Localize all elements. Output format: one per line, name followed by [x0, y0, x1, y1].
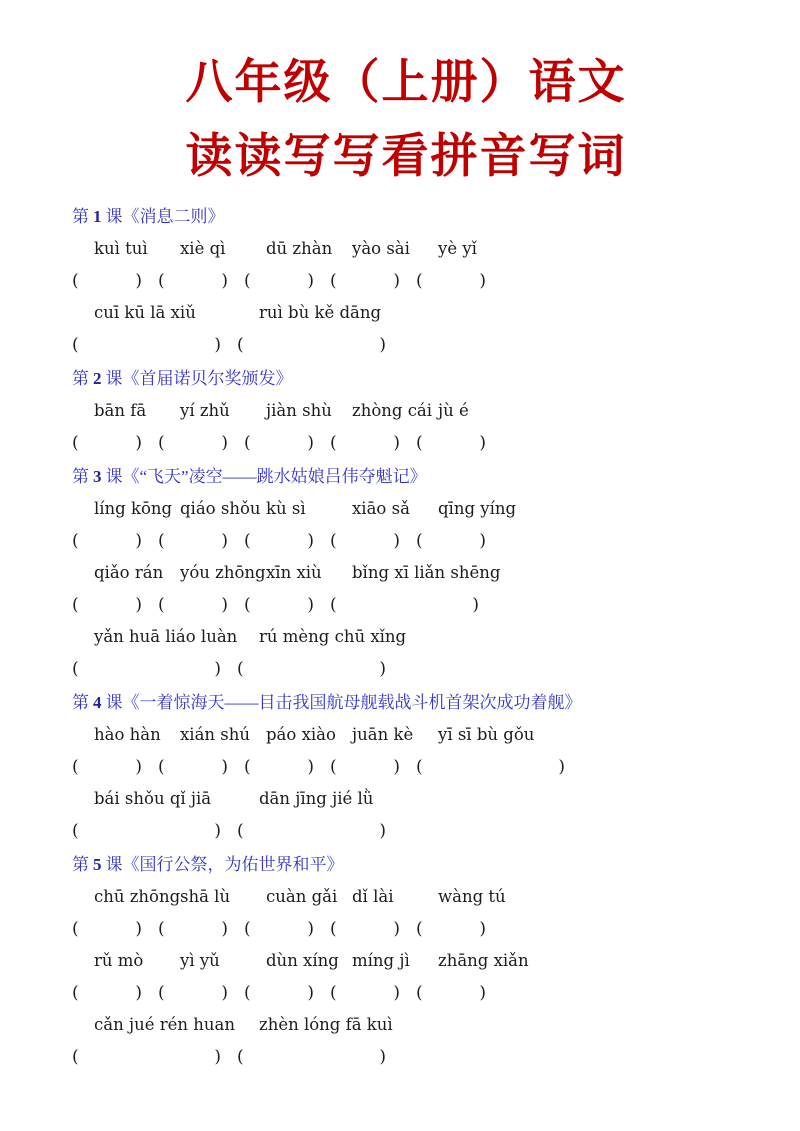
lesson-section: 第4课《一着惊海天——目击我国航母舰载战斗机首架次成功着舰》 hào hànxi…: [72, 692, 740, 842]
pinyin-word: míng jì: [330, 950, 416, 972]
pinyin-word: xīn xiù: [244, 562, 330, 584]
answer-blank: (): [72, 658, 237, 680]
answer-blank-row: ()()()()(): [72, 756, 740, 778]
pinyin-row: yǎn huā liáo luànrú mèng chū xǐng: [72, 626, 740, 648]
pinyin-word: dǐ lài: [330, 886, 416, 908]
page-title-line2: 读读写写看拼音写词: [72, 120, 740, 194]
answer-blank-row: ()()()(): [72, 594, 740, 616]
lesson-rows: líng kōngqiáo shǒukù sìxiāo sǎqīng yíng(…: [72, 498, 740, 680]
paren-close: ): [393, 432, 400, 454]
paren-close: ): [307, 270, 314, 292]
answer-blank: (): [158, 756, 244, 778]
pinyin-row: qiǎo rányóu zhōngxīn xiùbǐng xī liǎn shē…: [72, 562, 740, 584]
answer-blank: (): [330, 530, 416, 552]
lesson-book-title: 《一着惊海天——目击我国航母舰载战斗机首架次成功着舰》: [123, 693, 582, 712]
lesson-rows: kuì tuìxiè qìdū zhànyào sàiyè yǐ()()()()…: [72, 238, 740, 356]
paren-close: ): [221, 270, 228, 292]
paren-open: (: [330, 982, 337, 1004]
answer-blank-row: ()()()()(): [72, 982, 740, 1004]
lesson-heading: 第5课《国行公祭，为佑世界和平》: [72, 854, 740, 876]
pinyin-word: kuì tuì: [72, 238, 158, 260]
pinyin-row: bān fāyí zhǔjiàn shùzhòng cáijù é: [72, 400, 740, 422]
answer-blank: (): [158, 918, 244, 940]
pinyin-word: jiàn shù: [244, 400, 330, 422]
pinyin-word: dū zhàn: [244, 238, 330, 260]
pinyin-word: xiāo sǎ: [330, 498, 416, 520]
lesson-number: 4: [93, 693, 102, 712]
paren-open: (: [158, 918, 165, 940]
paren-close: ): [379, 334, 386, 356]
answer-blank: (): [330, 270, 416, 292]
paren-open: (: [416, 270, 423, 292]
answer-blank: (): [237, 1046, 402, 1068]
answer-blank: (): [244, 530, 330, 552]
answer-blank-row: ()()()()(): [72, 530, 740, 552]
answer-blank: (): [330, 432, 416, 454]
pinyin-word: shā lù: [158, 886, 244, 908]
paren-close: ): [558, 756, 565, 778]
pinyin-word: xián shú: [158, 724, 244, 746]
answer-blank: (): [72, 270, 158, 292]
pinyin-word: zhòng cái: [330, 400, 416, 422]
paren-open: (: [72, 530, 79, 552]
answer-blank-row: ()(): [72, 658, 740, 680]
paren-close: ): [214, 334, 221, 356]
lesson-section: 第5课《国行公祭，为佑世界和平》 chū zhōngshā lùcuàn gǎi…: [72, 854, 740, 1068]
paren-open: (: [237, 1046, 244, 1068]
lesson-book-title: 《首届诺贝尔奖颁发》: [123, 369, 293, 388]
paren-open: (: [330, 756, 337, 778]
answer-blank: (): [72, 594, 158, 616]
answer-blank: (): [244, 432, 330, 454]
paren-open: (: [416, 432, 423, 454]
paren-close: ): [221, 756, 228, 778]
paren-close: ): [307, 918, 314, 940]
answer-blank: (): [416, 530, 502, 552]
pinyin-word: yè yǐ: [416, 238, 502, 260]
paren-open: (: [72, 756, 79, 778]
lesson-heading-prefix: 第: [72, 369, 89, 388]
pinyin-word: jù é: [416, 400, 502, 422]
answer-blank: (): [244, 270, 330, 292]
lesson-number: 3: [93, 467, 102, 486]
answer-blank: (): [416, 918, 502, 940]
lesson-heading-prefix: 第: [72, 855, 89, 874]
paren-close: ): [479, 432, 486, 454]
answer-blank: (): [72, 530, 158, 552]
paren-open: (: [237, 658, 244, 680]
paren-close: ): [479, 270, 486, 292]
pinyin-word: dùn xíng: [244, 950, 330, 972]
pinyin-row: bái shǒu qǐ jiādān jīng jié lǜ: [72, 788, 740, 810]
paren-close: ): [135, 756, 142, 778]
paren-close: ): [393, 982, 400, 1004]
answer-blank: (): [330, 594, 495, 616]
paren-open: (: [237, 334, 244, 356]
pinyin-word: yī sī bù gǒu: [416, 724, 581, 746]
paren-close: ): [221, 432, 228, 454]
paren-open: (: [416, 918, 423, 940]
pinyin-word: yǎn huā liáo luàn: [72, 626, 237, 648]
lesson-heading: 第3课《“飞天”凌空——跳水姑娘吕伟夺魁记》: [72, 466, 740, 488]
pinyin-word: líng kōng: [72, 498, 158, 520]
page-title-line1: 八年级（上册）语文: [72, 46, 740, 120]
paren-close: ): [307, 530, 314, 552]
paren-close: ): [135, 432, 142, 454]
paren-open: (: [330, 270, 337, 292]
pinyin-word: dān jīng jié lǜ: [237, 788, 402, 810]
pinyin-word: kù sì: [244, 498, 330, 520]
pinyin-row: chū zhōngshā lùcuàn gǎidǐ làiwàng tú: [72, 886, 740, 908]
answer-blank: (): [158, 432, 244, 454]
paren-open: (: [330, 432, 337, 454]
answer-blank: (): [158, 594, 244, 616]
pinyin-word: yí zhǔ: [158, 400, 244, 422]
lesson-section: 第1课《消息二则》 kuì tuìxiè qìdū zhànyào sàiyè …: [72, 206, 740, 356]
lesson-heading: 第1课《消息二则》: [72, 206, 740, 228]
pinyin-word: xiè qì: [158, 238, 244, 260]
pinyin-word: qiǎo rán: [72, 562, 158, 584]
paren-close: ): [472, 594, 479, 616]
lesson-rows: chū zhōngshā lùcuàn gǎidǐ làiwàng tú()()…: [72, 886, 740, 1068]
pinyin-word: bān fā: [72, 400, 158, 422]
pinyin-word: rǔ mò: [72, 950, 158, 972]
answer-blank: (): [416, 982, 502, 1004]
paren-open: (: [244, 530, 251, 552]
answer-blank: (): [158, 270, 244, 292]
paren-open: (: [72, 594, 79, 616]
paren-close: ): [221, 982, 228, 1004]
answer-blank-row: ()()()()(): [72, 432, 740, 454]
pinyin-word: juān kè: [330, 724, 416, 746]
paren-open: (: [244, 918, 251, 940]
answer-blank: (): [244, 982, 330, 1004]
paren-close: ): [379, 1046, 386, 1068]
lesson-section: 第2课《首届诺贝尔奖颁发》 bān fāyí zhǔjiàn shùzhòng …: [72, 368, 740, 454]
lesson-heading-suffix: 课: [106, 369, 123, 388]
answer-blank-row: ()()()()(): [72, 918, 740, 940]
paren-close: ): [214, 658, 221, 680]
answer-blank: (): [237, 658, 402, 680]
paren-close: ): [379, 658, 386, 680]
paren-open: (: [72, 820, 79, 842]
lesson-number: 5: [93, 855, 102, 874]
pinyin-row: cuī kū lā xiǔruì bù kě dāng: [72, 302, 740, 324]
paren-close: ): [307, 756, 314, 778]
paren-open: (: [72, 982, 79, 1004]
answer-blank-row: ()(): [72, 1046, 740, 1068]
paren-open: (: [158, 432, 165, 454]
answer-blank: (): [244, 756, 330, 778]
pinyin-row: líng kōngqiáo shǒukù sìxiāo sǎqīng yíng: [72, 498, 740, 520]
paren-close: ): [135, 982, 142, 1004]
pinyin-word: cǎn jué rén huan: [72, 1014, 237, 1036]
pinyin-word: ruì bù kě dāng: [237, 302, 402, 324]
paren-close: ): [307, 594, 314, 616]
paren-open: (: [416, 982, 423, 1004]
lesson-heading-suffix: 课: [106, 467, 123, 486]
paren-close: ): [479, 982, 486, 1004]
paren-close: ): [135, 594, 142, 616]
paren-open: (: [158, 594, 165, 616]
lesson-rows: bān fāyí zhǔjiàn shùzhòng cáijù é()()()(…: [72, 400, 740, 454]
answer-blank: (): [72, 982, 158, 1004]
pinyin-word: rú mèng chū xǐng: [237, 626, 402, 648]
paren-open: (: [244, 594, 251, 616]
pinyin-word: chū zhōng: [72, 886, 158, 908]
answer-blank: (): [72, 1046, 237, 1068]
paren-open: (: [72, 334, 79, 356]
answer-blank: (): [244, 594, 330, 616]
lesson-heading-suffix: 课: [106, 855, 123, 874]
answer-blank: (): [158, 530, 244, 552]
lesson-number: 2: [93, 369, 102, 388]
lesson-heading: 第2课《首届诺贝尔奖颁发》: [72, 368, 740, 390]
pinyin-word: yì yǔ: [158, 950, 244, 972]
paren-open: (: [72, 432, 79, 454]
pinyin-word: páo xiào: [244, 724, 330, 746]
lesson-number: 1: [93, 207, 102, 226]
paren-close: ): [214, 820, 221, 842]
paren-close: ): [393, 918, 400, 940]
paren-close: ): [393, 530, 400, 552]
answer-blank-row: ()(): [72, 820, 740, 842]
lesson-heading-prefix: 第: [72, 207, 89, 226]
answer-blank: (): [237, 820, 402, 842]
paren-open: (: [72, 270, 79, 292]
paren-close: ): [135, 270, 142, 292]
paren-open: (: [416, 530, 423, 552]
answer-blank: (): [330, 918, 416, 940]
answer-blank: (): [237, 334, 402, 356]
paren-open: (: [244, 270, 251, 292]
answer-blank: (): [158, 982, 244, 1004]
paren-close: ): [479, 530, 486, 552]
page-title: 八年级（上册）语文 读读写写看拼音写词: [72, 46, 740, 194]
pinyin-word: wàng tú: [416, 886, 502, 908]
lesson-heading: 第4课《一着惊海天——目击我国航母舰载战斗机首架次成功着舰》: [72, 692, 740, 714]
paren-open: (: [72, 1046, 79, 1068]
pinyin-word: cuàn gǎi: [244, 886, 330, 908]
paren-open: (: [330, 918, 337, 940]
worksheet-document: { "title": { "line1": "八年级（上册）语文", "line…: [0, 0, 800, 1131]
lesson-heading-suffix: 课: [106, 207, 123, 226]
pinyin-word: hào hàn: [72, 724, 158, 746]
pinyin-row: cǎn jué rén huanzhèn lóng fā kuì: [72, 1014, 740, 1036]
pinyin-word: yào sài: [330, 238, 416, 260]
answer-blank: (): [72, 820, 237, 842]
pinyin-word: qiáo shǒu: [158, 498, 244, 520]
pinyin-word: qīng yíng: [416, 498, 502, 520]
paren-close: ): [307, 432, 314, 454]
answer-blank: (): [416, 270, 502, 292]
pinyin-word: zhèn lóng fā kuì: [237, 1014, 402, 1036]
answer-blank-row: ()()()()(): [72, 270, 740, 292]
lesson-section: 第3课《“飞天”凌空——跳水姑娘吕伟夺魁记》 líng kōngqiáo shǒ…: [72, 466, 740, 680]
lesson-book-title: 《“飞天”凌空——跳水姑娘吕伟夺魁记》: [123, 467, 427, 486]
answer-blank: (): [244, 918, 330, 940]
paren-open: (: [330, 594, 337, 616]
pinyin-row: kuì tuìxiè qìdū zhànyào sàiyè yǐ: [72, 238, 740, 260]
pinyin-row: hào hànxián shúpáo xiàojuān kèyī sī bù g…: [72, 724, 740, 746]
lesson-rows: hào hànxián shúpáo xiàojuān kèyī sī bù g…: [72, 724, 740, 842]
paren-open: (: [72, 918, 79, 940]
pinyin-word: zhāng xiǎn: [416, 950, 502, 972]
answer-blank: (): [72, 918, 158, 940]
lessons-container: 第1课《消息二则》 kuì tuìxiè qìdū zhànyào sàiyè …: [72, 206, 740, 1068]
answer-blank: (): [72, 756, 158, 778]
answer-blank: (): [330, 756, 416, 778]
paren-open: (: [416, 756, 423, 778]
answer-blank: (): [72, 432, 158, 454]
paren-open: (: [330, 530, 337, 552]
paren-close: ): [221, 918, 228, 940]
paren-open: (: [244, 432, 251, 454]
lesson-heading-prefix: 第: [72, 467, 89, 486]
pinyin-row: rǔ mòyì yǔdùn xíngmíng jìzhāng xiǎn: [72, 950, 740, 972]
paren-close: ): [214, 1046, 221, 1068]
paren-open: (: [158, 270, 165, 292]
paren-close: ): [393, 756, 400, 778]
paren-close: ): [221, 594, 228, 616]
paren-close: ): [307, 982, 314, 1004]
paren-open: (: [158, 982, 165, 1004]
lesson-heading-prefix: 第: [72, 693, 89, 712]
worksheet-page: 八年级（上册）语文 读读写写看拼音写词 第1课《消息二则》 kuì tuìxiè…: [0, 0, 800, 1131]
paren-open: (: [237, 820, 244, 842]
lesson-book-title: 《国行公祭，为佑世界和平》: [123, 855, 344, 874]
pinyin-word: bái shǒu qǐ jiā: [72, 788, 237, 810]
pinyin-word: bǐng xī liǎn shēng: [330, 562, 495, 584]
paren-open: (: [72, 658, 79, 680]
pinyin-word: yóu zhōng: [158, 562, 244, 584]
answer-blank: (): [416, 756, 581, 778]
paren-close: ): [221, 530, 228, 552]
paren-close: ): [135, 530, 142, 552]
answer-blank-row: ()(): [72, 334, 740, 356]
paren-open: (: [158, 530, 165, 552]
answer-blank: (): [416, 432, 502, 454]
paren-close: ): [135, 918, 142, 940]
answer-blank: (): [72, 334, 237, 356]
paren-open: (: [158, 756, 165, 778]
paren-close: ): [479, 918, 486, 940]
paren-open: (: [244, 982, 251, 1004]
paren-close: ): [393, 270, 400, 292]
lesson-book-title: 《消息二则》: [123, 207, 225, 226]
paren-close: ): [379, 820, 386, 842]
paren-open: (: [244, 756, 251, 778]
lesson-heading-suffix: 课: [106, 693, 123, 712]
answer-blank: (): [330, 982, 416, 1004]
pinyin-word: cuī kū lā xiǔ: [72, 302, 237, 324]
